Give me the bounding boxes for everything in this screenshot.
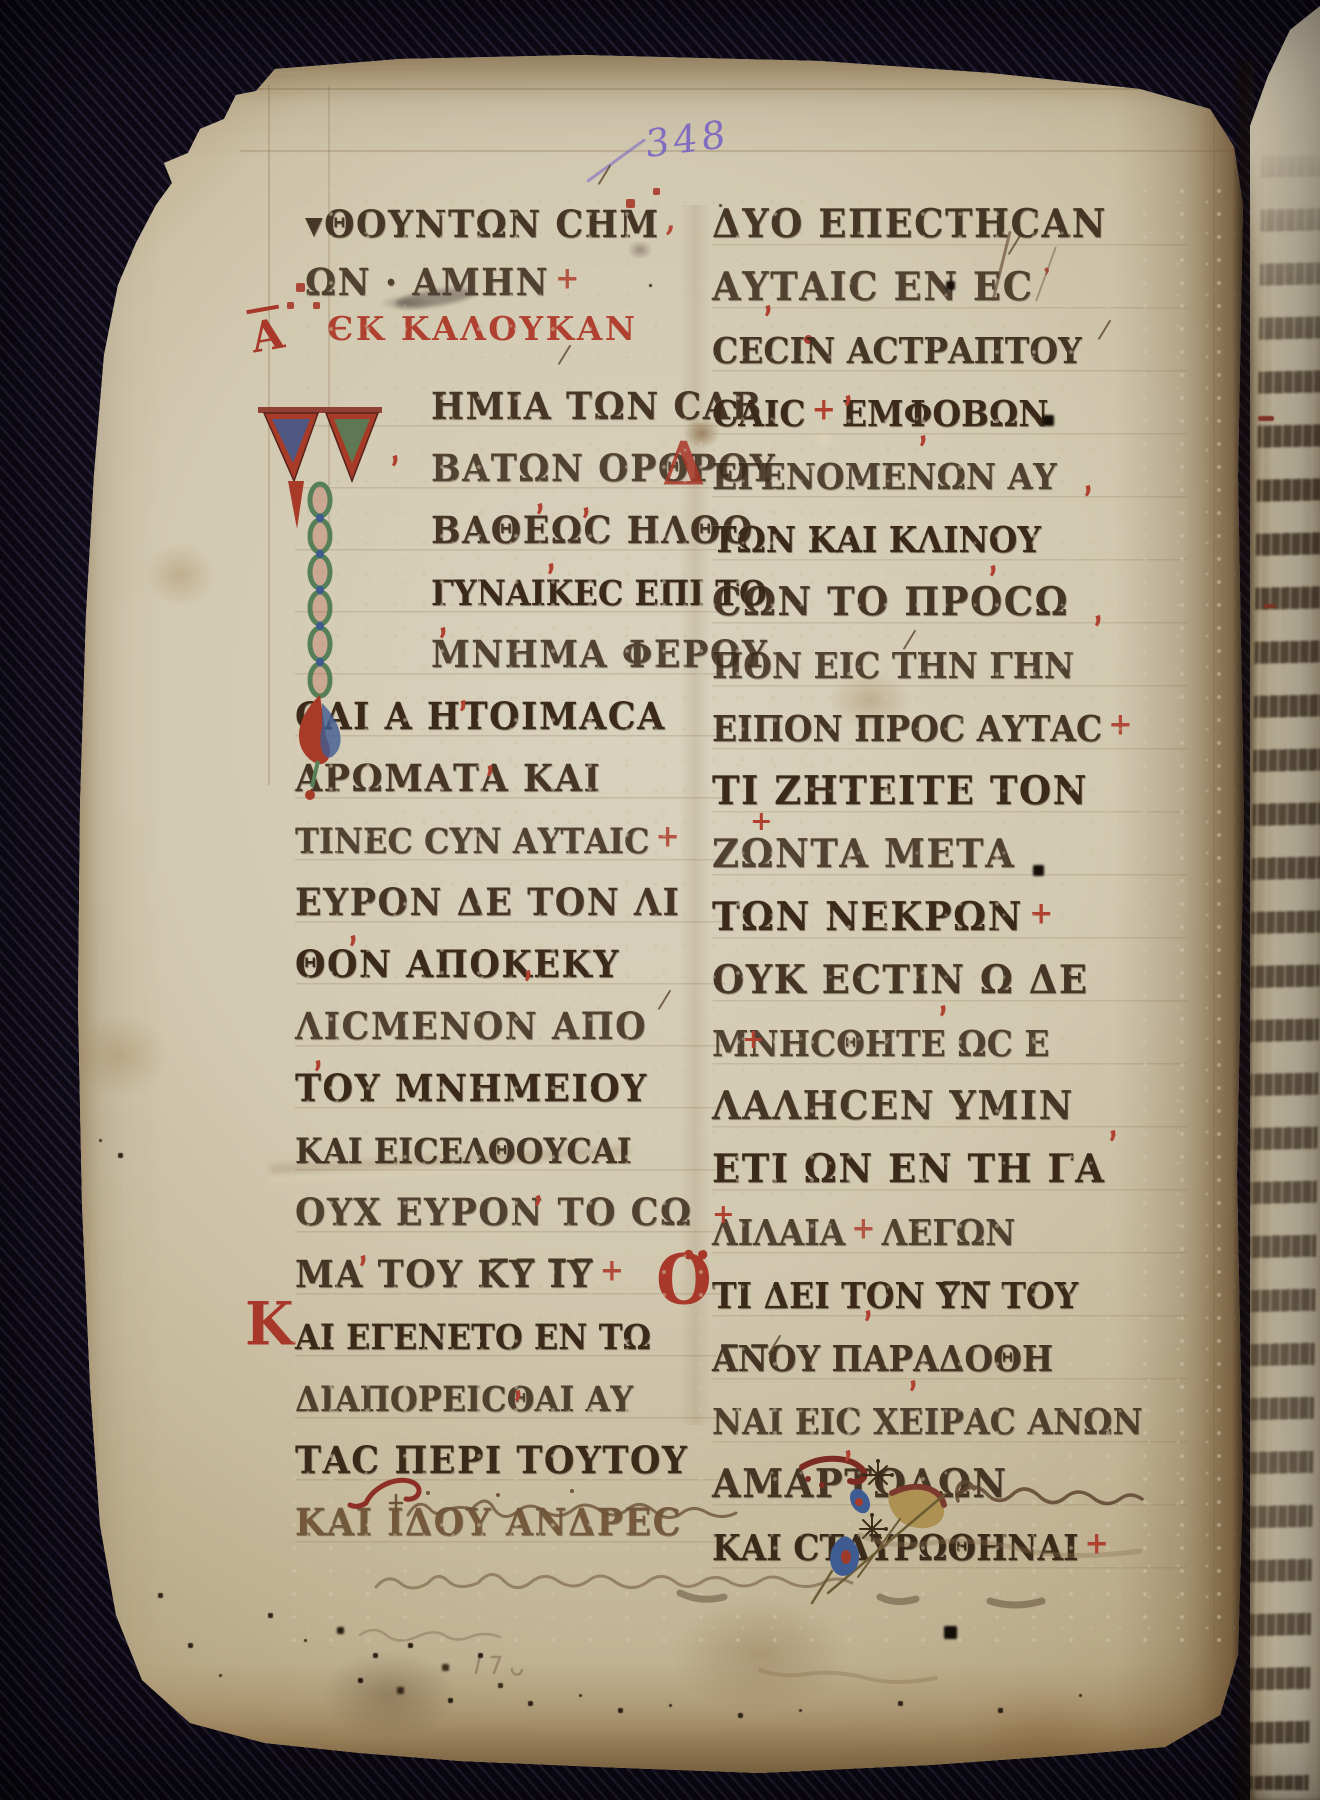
- line-text: ΘΟΝ ΑΠΟΚΕΚΥ: [295, 943, 620, 987]
- line-text: CΑΙC: [712, 393, 806, 435]
- red-accent-mark: ,: [482, 758, 493, 761]
- folio-number: 348: [645, 112, 730, 167]
- red-mark: ,: [666, 202, 678, 238]
- text-line: ΚΑΙ ΙΔΟΥ ΑΝΔΡΕC: [295, 1487, 725, 1553]
- line-text: ΑΜΑΡΤΩΛΩΝ: [712, 1459, 1008, 1506]
- facing-red-mark: [1264, 604, 1276, 608]
- ink-speckles: [60, 55, 61, 56]
- text-line: ΔΥΟ ΕΠΕCΤΗCΑΝ: [712, 189, 1187, 256]
- red-accent-mark: ,: [530, 1188, 541, 1191]
- text-line: CΑΙ Α ΗΤΟΙΜΑCΑ: [295, 681, 725, 747]
- red-mark: +: [555, 260, 581, 296]
- parchment-page: 348 ▾ΘΟΥΝΤΩΝ CΗΜ,ΩΝ · ΑΜΗΝ+ Α ЄΚ ΚΑΛΟΥΚΑ…: [60, 55, 1245, 1773]
- line-text: ΩΝ · ΑΜΗΝ: [305, 261, 549, 305]
- line-text: ΝΑΙ ΕΙC ΧΕΙΡΑC ΑΝΩΝ: [712, 1401, 1143, 1443]
- prelude-text-line: ΩΝ · ΑΜΗΝ+: [305, 247, 755, 309]
- line-text: ΔΥΟ ΕΠΕCΤΗCΑΝ: [712, 199, 1107, 246]
- line-text: ΤΩΝ ΝΕΚΡΩΝ: [712, 892, 1023, 939]
- text-line: ΑΥΤΑΙC ΕΝ ΕC᾿: [712, 252, 1187, 319]
- line-text: ΚΑΙ ΕΙCΕΛΘΟΥCΑΙ: [295, 1131, 632, 1172]
- line-text: ΑΙ ΕΓΕΝΕΤΟ ΕΝ ΤΩ: [295, 1317, 651, 1358]
- red-accent-mark: ,: [905, 1373, 916, 1376]
- red-accent-mark: ,: [840, 388, 851, 391]
- text-line: ΓΥΝΑΙΚΕC ΕΠΙ ΤΟ: [431, 557, 725, 623]
- text-line: CΕCΙΝ ΑCΤΡΑΠΤΟΥ: [712, 315, 1187, 382]
- red-accent-mark: ,: [760, 298, 771, 301]
- red-accent-mark: ,: [1090, 608, 1101, 611]
- folio-pen-stroke: [586, 138, 646, 182]
- brown-tick-mark: /: [905, 639, 914, 641]
- red-cross: +: [1108, 706, 1132, 742]
- line-text: ΤΙ ΔΕΙ ΤΟΝ Υ̅Ν̅ ΤΟΥ: [712, 1275, 1078, 1317]
- red-accent-mark: ,: [387, 448, 398, 451]
- ruling-vertical-guide-right: [1213, 115, 1215, 1655]
- line-text: ΕΥΡΟΝ ΔΕ ΤΟΝ ΛΙ: [295, 881, 680, 925]
- line-text-2: ΛΕΓΩΝ: [882, 1212, 1016, 1254]
- red-cross: +: [655, 818, 679, 854]
- text-line: ΠΟΝ ΕΙC ΤΗΝ ΓΗΝ: [712, 630, 1187, 697]
- facing-red-mark: [1258, 416, 1274, 421]
- column-header: ▾ΘΟΥΝΤΩΝ CΗΜ,ΩΝ · ΑΜΗΝ+ Α ЄΚ ΚΑΛΟΥΚΑΝ: [295, 191, 755, 369]
- red-cross: +: [1029, 895, 1055, 931]
- line-text: ΛΑΛΗCΕΝ ΥΜΙΝ: [712, 1081, 1074, 1128]
- red-accent-mark: ,: [578, 500, 589, 503]
- line-text: ΚΑΙ ΙΔΟΥ ΑΝΔΡΕC: [295, 1501, 682, 1545]
- red-accent-mark: ,: [985, 558, 996, 561]
- red-accent-mark: ,: [520, 963, 531, 966]
- line-text: ΕΓΕΝΟΜΕΝΩΝ ΑΥ: [712, 456, 1057, 498]
- red-accent-mark: ,: [860, 1303, 871, 1306]
- red-initial: Ο̈: [656, 1247, 712, 1315]
- wormholes: [60, 55, 61, 56]
- ruling-vertical-guide-left: [268, 85, 270, 785]
- red-accent-mark: ,: [345, 928, 356, 931]
- red-accent-mark: ,: [435, 620, 446, 623]
- red-cross: ᾿: [1040, 265, 1056, 301]
- line-text: Α̅Ν̅ΟΥ ΠΑΡΑΔΟΘΗ: [712, 1338, 1053, 1380]
- text-line: ΤΩΝ ΝΕΚΡΩΝ+: [712, 882, 1187, 949]
- red-initial: Δ: [662, 434, 705, 494]
- line-text: ▾ΘΟΥΝΤΩΝ CΗΜ: [305, 203, 660, 247]
- red-accent-mark: ,: [1105, 1123, 1116, 1126]
- text-line: ΤΙΝΕC CΥΝ ΑΥΤΑΙC+: [295, 805, 725, 871]
- prelude-lines: ▾ΘΟΥΝΤΩΝ CΗΜ,ΩΝ · ΑΜΗΝ+: [295, 191, 755, 307]
- red-cross: +: [600, 1252, 626, 1288]
- line-text: ΔΙΑΠΟΡΕΙCΘΑΙ ΑΥ: [295, 1379, 633, 1420]
- text-line: ΕΙΠΟΝ ΠΡΟC ΑΥΤΑC+: [712, 693, 1187, 760]
- line-text: CΑΙ Α ΗΤΟΙΜΑCΑ: [295, 695, 666, 739]
- rubric-title: ЄΚ ΚΑΛΟΥΚΑΝ: [327, 309, 638, 348]
- text-line: ΝΑΙ ΕΙC ΧΕΙΡΑC ΑΝΩΝ: [712, 1386, 1187, 1453]
- prelude-text-line: ▾ΘΟΥΝΤΩΝ CΗΜ,: [305, 189, 755, 251]
- red-accent-mark: ,: [935, 998, 946, 1001]
- text-line: ΚΑΙ CΤΑΥΡΩΘΗΝΑΙ+: [712, 1512, 1187, 1579]
- text-line: ΔΕΓΕΝΟΜΕΝΩΝ ΑΥ: [712, 441, 1187, 508]
- section-numeral: Α: [247, 309, 288, 363]
- line-text: ΕΙΠΟΝ ΠΡΟC ΑΥΤΑC: [712, 708, 1102, 750]
- text-line: CΑΙC+ΕΜΦΟΒΩΝ: [712, 378, 1187, 445]
- text-line: ΜΝΗCΘΗΤΕ ΩC Ε: [712, 1008, 1187, 1075]
- text-line: Ο̈ΤΙ ΔΕΙ ΤΟΝ Υ̅Ν̅ ΤΟΥ: [712, 1260, 1187, 1327]
- line-text: ΜΑ ΤΟΥ Κ̅Υ̅ Ι̅Υ̅: [295, 1253, 594, 1297]
- text-line: CΩΝ ΤΟ ΠΡΟCΩ: [712, 567, 1187, 634]
- red-cross: +: [851, 1210, 875, 1246]
- red-accent-mark: ,: [1080, 478, 1091, 481]
- red-accent-mark: ,: [310, 1053, 321, 1056]
- text-line: ΤΩΝ ΚΑΙ ΚΛΙΝΟΥ: [712, 504, 1187, 571]
- brown-tick-mark: /: [660, 999, 669, 1001]
- red-dot-specks: [60, 55, 61, 56]
- brown-tick-mark: /: [770, 1344, 779, 1346]
- text-line: ΟΥΚ ΕCΤΙΝ Ω ΔΕ: [712, 945, 1187, 1012]
- text-line: ΕΥΡΟΝ ΔΕ ΤΟΝ ΛΙ: [295, 867, 725, 933]
- text-line: ΘΟΝ ΑΠΟΚΕΚΥ: [295, 929, 725, 995]
- text-line: ΛΙΛΑΙΑ+ΛΕΓΩΝ: [712, 1197, 1187, 1264]
- line-text: ΟΥΚ ΕCΤΙΝ Ω ΔΕ: [712, 955, 1089, 1002]
- facing-page-wash: [1250, 6, 1320, 1800]
- text-line: ΖΩΝΤΑ ΜΕΤΑ: [712, 819, 1187, 886]
- line-text: CΕCΙΝ ΑCΤΡΑΠΤΟΥ: [712, 330, 1082, 372]
- red-accent-mark: ,: [543, 556, 554, 559]
- text-line: ΚΑΙ ΕΙCΕΛΘΟΥCΑΙ: [295, 1115, 725, 1181]
- red-cross: +: [812, 391, 836, 427]
- brown-tick-mark: /: [560, 354, 569, 356]
- red-initial: Κ: [245, 1294, 294, 1354]
- text-line: Α̅Ν̅ΟΥ ΠΑΡΑΔΟΘΗ: [712, 1323, 1187, 1390]
- line-text: ΛΙCΜΕΝΟΝ ΑΠΟ: [295, 1005, 647, 1049]
- line-text: ΤΑC ΠΕΡΙ ΤΟΥΤΟΥ: [295, 1439, 688, 1483]
- line-text: ΤΙΝΕC CΥΝ ΑΥΤΑΙC: [295, 821, 649, 862]
- facing-page-edge: [1250, 6, 1320, 1800]
- red-accent-mark: ,: [840, 1443, 851, 1446]
- red-accent-mark: ,: [355, 1248, 366, 1251]
- manuscript-photo: 348 ▾ΘΟΥΝΤΩΝ CΗΜ,ΩΝ · ΑΜΗΝ+ Α ЄΚ ΚΑΛΟΥΚΑ…: [0, 0, 1320, 1800]
- brown-tick-mark: /: [600, 174, 609, 176]
- red-accent-mark: ,: [532, 496, 543, 499]
- red-accent-mark: ,: [455, 693, 466, 696]
- text-line: ΑΡΩΜΑΤΑ ΚΑΙ: [295, 743, 725, 809]
- line-text-2: ΕΜΦΟΒΩΝ: [842, 393, 1049, 435]
- line-text: ΟΥΧ ΕΥΡΟΝ ΤΟ CΩ: [295, 1191, 693, 1235]
- line-text: ΤΟΥ ΜΝΗΜΕΙΟΥ: [295, 1067, 648, 1111]
- text-line: ΜΝΗΜΑ ΦΕΡΟΥ: [431, 619, 725, 685]
- text-line: ΤΙ ΖΗΤΕΙΤΕ ΤΟΝ: [712, 756, 1187, 823]
- text-line: ΤΟΥ ΜΝΗΜΕΙΟΥ: [295, 1053, 725, 1119]
- line-text: CΩΝ ΤΟ ΠΡΟCΩ: [712, 577, 1069, 624]
- torn-corner-shading: [90, 75, 320, 305]
- text-line: ΤΑC ΠΕΡΙ ΤΟΥΤΟΥ: [295, 1425, 725, 1491]
- brown-tick-mark: /: [1100, 329, 1109, 331]
- brown-tick-mark: /: [1010, 244, 1019, 246]
- text-line: ΑΜΑΡΤΩΛΩΝ: [712, 1449, 1187, 1516]
- red-accent-mark: ,: [510, 1383, 521, 1386]
- ruling-line-top2: [240, 150, 1240, 152]
- line-text: ΑΡΩΜΑΤΑ ΚΑΙ: [295, 757, 601, 801]
- red-accent-mark: ,: [915, 428, 926, 431]
- text-line: ΕΤΙ ΩΝ ΕΝ ΤΗ ΓΑ: [712, 1134, 1187, 1201]
- line-text: ΠΟΝ ΕΙC ΤΗΝ ΓΗΝ: [712, 645, 1074, 687]
- text-line: ΗΜΙΑ ΤΩΝ CΑΒ: [431, 371, 725, 437]
- line-text: ΚΑΙ CΤΑΥΡΩΘΗΝΑΙ: [712, 1527, 1079, 1569]
- rubric-row: Α ЄΚ ΚΑΛΟΥΚΑΝ: [327, 309, 755, 369]
- ruling-line-top: [255, 88, 1245, 90]
- red-cross: +: [1085, 1525, 1109, 1561]
- right-text-column: ΔΥΟ ΕΠΕCΤΗCΑΝΑΥΤΑΙC ΕΝ ΕC᾿CΕCΙΝ ΑCΤΡΑΠΤΟ…: [712, 191, 1187, 1577]
- line-text: ΕΤΙ ΩΝ ΕΝ ΤΗ ΓΑ: [712, 1144, 1105, 1191]
